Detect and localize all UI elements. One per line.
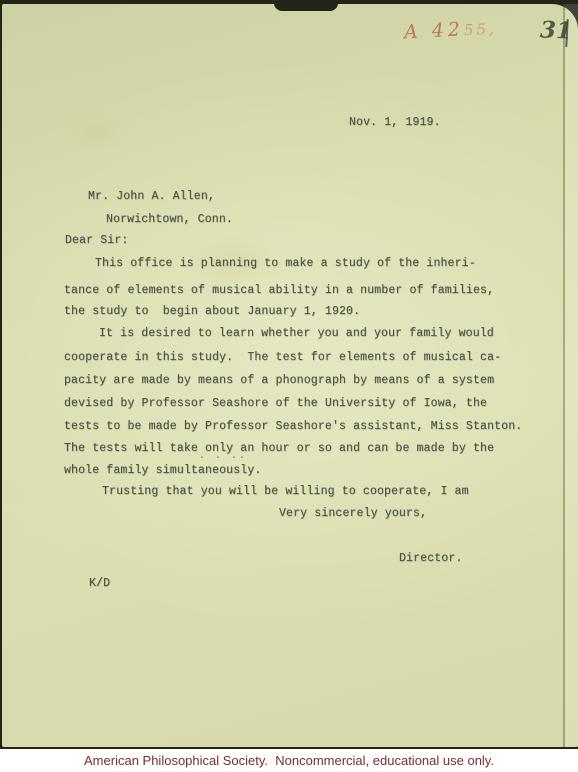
body-line: whole family simultaneously. [64,464,261,477]
body-line: The tests will take only an hour or so a… [64,442,494,455]
letter-date: Nov. 1, 1919. [349,116,441,129]
body-line: tests to be made by Professor Seashore's… [64,420,522,433]
scanned-letter-page: A 4255, 31 Nov. 1, 1919. Mr. John A. All… [0,0,578,772]
body-line: the study to begin about January 1, 1920… [64,305,360,318]
typewriter-stray-marks: · · ·· [199,453,247,464]
recipient-place: Norwichtown, Conn. [106,213,233,226]
footer-caption-bar: American Philosophical Society. Noncomme… [0,749,578,772]
body-final-line: Trusting that you will be willing to coo… [102,485,469,498]
file-code-clear: A 42 [403,18,464,43]
handwritten-file-code: A 4255, [403,17,497,44]
body-line: This office is planning to make a study … [95,257,476,270]
body-line: devised by Professor Seashore of the Uni… [64,397,487,410]
footer-caption: American Philosophical Society. Noncomme… [84,753,494,768]
torn-edge-notch [274,3,338,11]
underlying-sheet-strip [565,4,578,747]
body-line: pacity are made by means of a phonograph… [64,374,494,387]
letter-paper: A 4255, 31 Nov. 1, 1919. Mr. John A. All… [2,4,578,747]
body-line: tance of elements of musical ability in … [64,284,494,297]
signature-title: Director. [399,552,462,565]
body-line: It is desired to learn whether you and y… [99,327,494,340]
typist-initials: K/D [89,577,110,590]
recipient-name: Mr. John A. Allen, [88,190,215,203]
closing: Very sincerely yours, [279,507,427,520]
file-code-faded: 55, [464,20,498,40]
body-line: cooperate in this study. The test for el… [64,351,501,364]
salutation: Dear Sir: [65,234,128,247]
scanner-background: A 4255, 31 Nov. 1, 1919. Mr. John A. All… [0,0,578,749]
